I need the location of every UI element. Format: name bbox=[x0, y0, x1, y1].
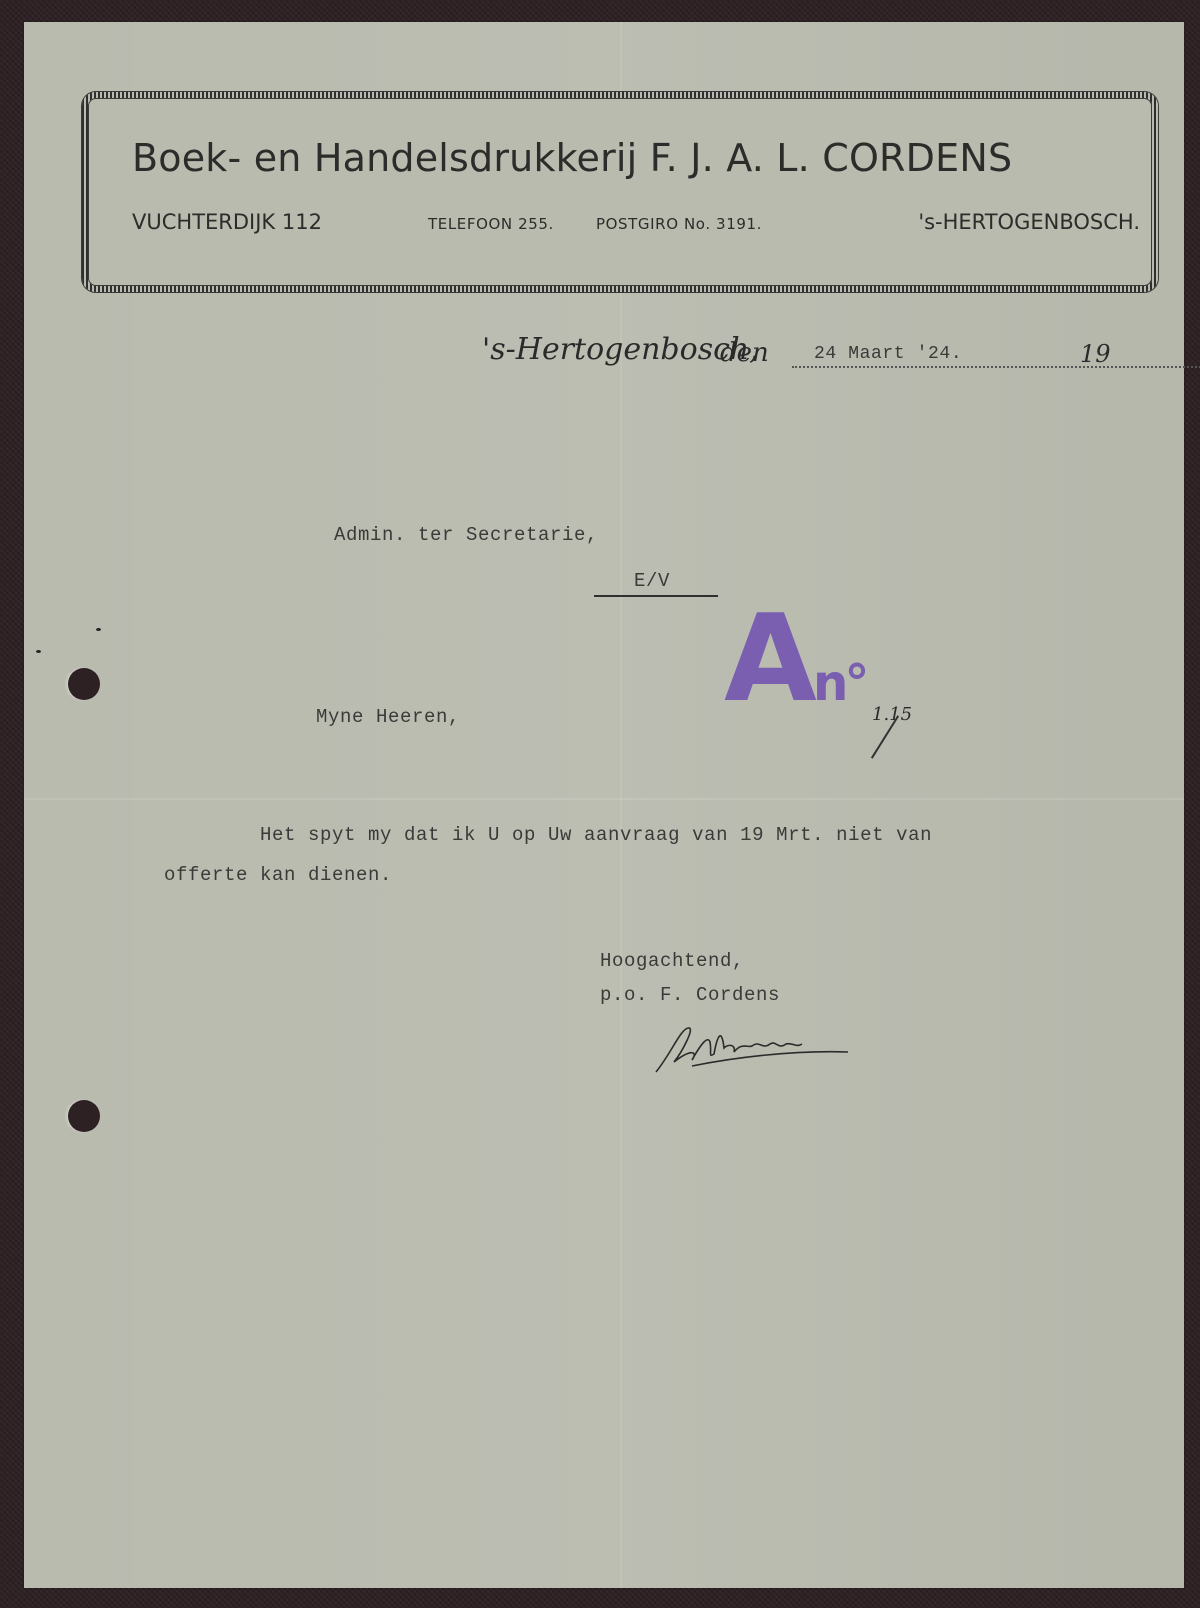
reference-code: E/V bbox=[634, 570, 670, 592]
dateline-dotted-rule bbox=[792, 366, 1200, 368]
letterhead-frame: Boek- en Handelsdrukkerij F. J. A. L. CO… bbox=[82, 92, 1158, 292]
dateline-place: 's-Hertogenbosch, bbox=[482, 332, 759, 367]
letterhead-postgiro: POSTGIRO No. 3191. bbox=[596, 215, 762, 233]
paper-fold-horizontal bbox=[24, 798, 1184, 800]
dateline-typed-date: 24 Maart '24. bbox=[814, 344, 962, 364]
closing-greeting: Hoogachtend, bbox=[600, 950, 744, 972]
letterhead-phone: TELEFOON 255. bbox=[428, 215, 554, 233]
stamp-suffix: n° bbox=[813, 654, 866, 712]
body-line-2: offerte kan dienen. bbox=[164, 864, 392, 886]
received-stamp: An° bbox=[724, 600, 865, 720]
closing-sender: p.o. F. Cordens bbox=[600, 984, 780, 1006]
reference-underline bbox=[594, 595, 718, 597]
dateline: 's-Hertogenbosch, den 24 Maart '24. 19 bbox=[482, 332, 1162, 372]
dateline-den: den bbox=[720, 338, 769, 368]
paper-speck bbox=[36, 650, 41, 653]
stamp-letter: A bbox=[724, 590, 813, 729]
letterhead-city: 's-HERTOGENBOSCH. bbox=[918, 210, 1140, 234]
paper-speck bbox=[96, 628, 101, 631]
letter-sheet: Boek- en Handelsdrukkerij F. J. A. L. CO… bbox=[24, 22, 1184, 1588]
body-line-1: Het spyt my dat ik U op Uw aanvraag van … bbox=[260, 824, 932, 846]
punch-hole-top bbox=[68, 668, 100, 700]
letterhead-address: VUCHTERDIJK 112 bbox=[132, 210, 322, 234]
punch-hole-bottom bbox=[68, 1100, 100, 1132]
dateline-year-prefix: 19 bbox=[1080, 340, 1111, 368]
addressee-line: Admin. ter Secretarie, bbox=[334, 524, 598, 546]
signature-icon bbox=[652, 1022, 852, 1078]
salutation: Myne Heeren, bbox=[316, 706, 460, 728]
letterhead-title: Boek- en Handelsdrukkerij F. J. A. L. CO… bbox=[132, 136, 1012, 180]
